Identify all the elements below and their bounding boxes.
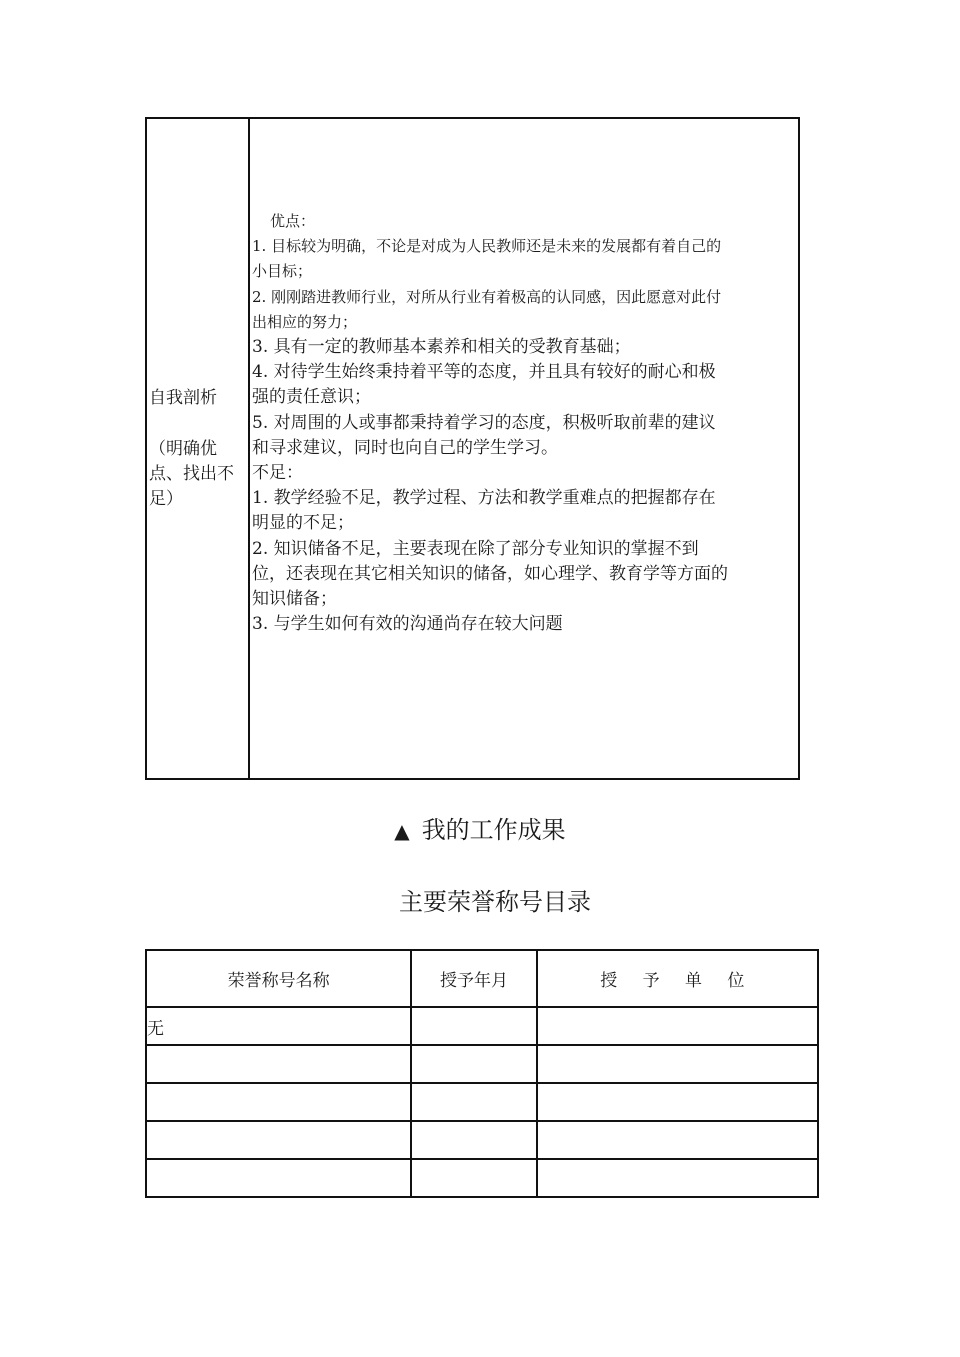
- cell-award-org: [537, 1045, 818, 1083]
- section-title: ▲我的工作成果: [0, 812, 960, 849]
- table-row: 无: [146, 1007, 818, 1045]
- self-analysis-content: 优点： 1. 目标较为明确，不论是对成为人民教师还是未来的发展都有着自己的 小目…: [252, 209, 792, 637]
- weakness-line: 位，还表现在其它相关知识的储备，如心理学、教育学等方面的: [252, 562, 792, 587]
- table-row: [146, 1159, 818, 1197]
- strength-line: 小目标；: [252, 259, 792, 284]
- honors-table-header-row: 荣誉称号名称 授予年月 授 予 单 位: [146, 950, 818, 1007]
- triangle-marker-icon: ▲: [394, 819, 409, 843]
- strengths-heading: 优点：: [252, 209, 792, 234]
- cell-award-date: [411, 1159, 536, 1197]
- self-analysis-sublabel: （明确优 点、找出不 足）: [149, 437, 249, 512]
- header-award-date: 授予年月: [411, 950, 536, 1007]
- strength-line: 4. 对待学生始终秉持着平等的态度，并且具有较好的耐心和极: [252, 360, 792, 385]
- table-row: [146, 1083, 818, 1121]
- honors-title: 主要荣誉称号目录: [0, 884, 960, 920]
- strength-line: 1. 目标较为明确，不论是对成为人民教师还是未来的发展都有着自己的: [252, 234, 792, 259]
- cell-honor-name: [146, 1045, 411, 1083]
- strength-line: 2. 刚刚踏进教师行业，对所从行业有着极高的认同感，因此愿意对此付: [252, 285, 792, 310]
- cell-award-date: [411, 1007, 536, 1045]
- cell-honor-name: 无: [146, 1007, 411, 1045]
- strength-line: 和寻求建议，同时也向自己的学生学习。: [252, 436, 792, 461]
- cell-award-date: [411, 1083, 536, 1121]
- cell-award-org: [537, 1083, 818, 1121]
- cell-award-date: [411, 1045, 536, 1083]
- weakness-line: 明显的不足；: [252, 511, 792, 536]
- strength-line: 出相应的努力；: [252, 310, 792, 335]
- header-honor-name: 荣誉称号名称: [146, 950, 411, 1007]
- weakness-line: 2. 知识储备不足，主要表现在除了部分专业知识的掌握不到: [252, 537, 792, 562]
- cell-award-org: [537, 1007, 818, 1045]
- self-analysis-content-cell: 优点： 1. 目标较为明确，不论是对成为人民教师还是未来的发展都有着自己的 小目…: [250, 119, 798, 778]
- weakness-line: 1. 教学经验不足，教学过程、方法和教学重难点的把握都存在: [252, 486, 792, 511]
- table-row: [146, 1045, 818, 1083]
- sublabel-line: 点、找出不: [149, 462, 249, 487]
- self-analysis-table: 自我剖析 （明确优 点、找出不 足） 优点： 1. 目标较为明确，不论是对成为人…: [145, 117, 800, 780]
- weaknesses-heading: 不足：: [252, 461, 792, 486]
- cell-award-org: [537, 1159, 818, 1197]
- self-analysis-label-cell: 自我剖析 （明确优 点、找出不 足）: [147, 119, 250, 778]
- strength-line: 5. 对周围的人或事都秉持着学习的态度，积极听取前辈的建议: [252, 411, 792, 436]
- header-award-org: 授 予 单 位: [537, 950, 818, 1007]
- cell-award-org: [537, 1121, 818, 1159]
- sublabel-line: （明确优: [149, 437, 249, 462]
- sublabel-line: 足）: [149, 487, 249, 512]
- weakness-line: 3. 与学生如何有效的沟通尚存在较大问题: [252, 612, 792, 637]
- table-row: [146, 1121, 818, 1159]
- section-title-text: 我的工作成果: [422, 816, 566, 844]
- self-analysis-label: 自我剖析: [149, 386, 249, 411]
- cell-honor-name: [146, 1083, 411, 1121]
- weakness-line: 知识储备；: [252, 587, 792, 612]
- cell-award-date: [411, 1121, 536, 1159]
- cell-honor-name: [146, 1121, 411, 1159]
- cell-honor-name: [146, 1159, 411, 1197]
- honors-table: 荣誉称号名称 授予年月 授 予 单 位 无: [145, 949, 819, 1198]
- strength-line: 强的责任意识；: [252, 385, 792, 410]
- strength-line: 3. 具有一定的教师基本素养和相关的受教育基础；: [252, 335, 792, 360]
